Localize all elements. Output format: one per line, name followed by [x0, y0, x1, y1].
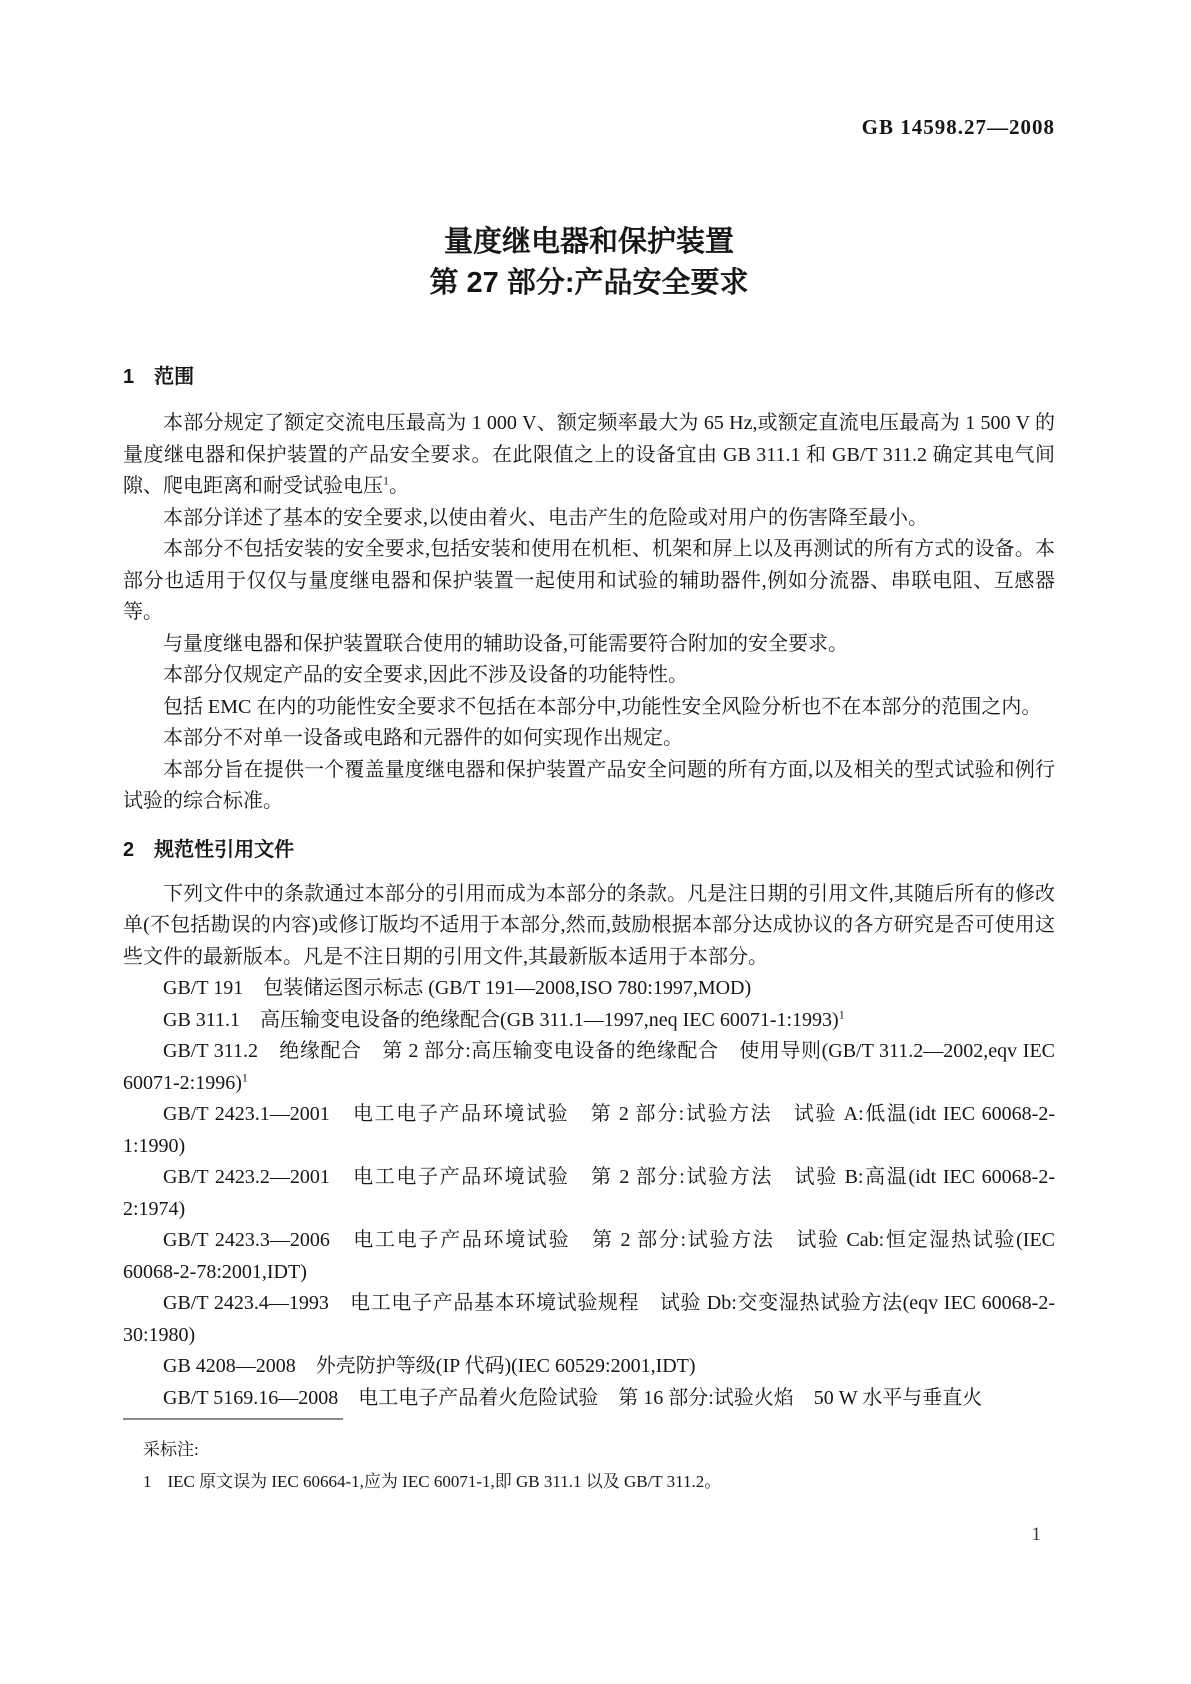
standard-number: GB 14598.27—2008	[123, 0, 1055, 140]
scope-paragraph-5: 本部分仅规定产品的安全要求,因此不涉及设备的功能特性。	[123, 660, 1055, 692]
reference-item-4: GB/T 2423.1—2001 电工电子产品环境试验 第 2 部分:试验方法 …	[123, 1099, 1055, 1162]
section-2-heading: 2 规范性引用文件	[123, 839, 1055, 861]
scope-paragraph-1-end: 。	[389, 475, 409, 497]
reference-item-4-text: GB/T 2423.1—2001 电工电子产品环境试验 第 2 部分:试验方法 …	[123, 1103, 1055, 1157]
reference-item-5-text: GB/T 2423.2—2001 电工电子产品环境试验 第 2 部分:试验方法 …	[123, 1166, 1055, 1220]
footnote-block: 采标注: 1IEC 原文误为 IEC 60664-1,应为 IEC 60071-…	[123, 1418, 1055, 1497]
footnote-label: 采标注:	[143, 1435, 1055, 1465]
reference-item-9: GB/T 5169.16—2008 电工电子产品着火危险试验 第 16 部分:试…	[123, 1383, 1055, 1415]
scope-paragraph-1-text: 本部分规定了额定交流电压最高为 1 000 V、额定频率最大为 65 Hz,或额…	[123, 412, 1055, 497]
reference-item-2-text: GB 311.1 高压输变电设备的绝缘配合(GB 311.1—1997,neq …	[163, 1009, 839, 1031]
reference-item-1-text: GB/T 191 包装储运图示标志 (GB/T 191—2008,ISO 780…	[163, 977, 751, 999]
footnote-item-1-text: IEC 原文误为 IEC 60664-1,应为 IEC 60071-1,即 GB…	[168, 1472, 722, 1491]
reference-item-8: GB 4208—2008 外壳防护等级(IP 代码)(IEC 60529:200…	[123, 1351, 1055, 1383]
reference-item-2: GB 311.1 高压输变电设备的绝缘配合(GB 311.1—1997,neq …	[123, 1005, 1055, 1037]
reference-item-3-sup: 1	[242, 1070, 248, 1084]
normative-intro: 下列文件中的条款通过本部分的引用而成为本部分的条款。凡是注日期的引用文件,其随后…	[123, 879, 1055, 974]
reference-item-7-text: GB/T 2423.4—1993 电工电子产品基本环境试验规程 试验 Db:交变…	[123, 1292, 1055, 1346]
document-title-line1: 量度继电器和保护装置	[123, 222, 1055, 263]
footnote-item-1: 1IEC 原文误为 IEC 60664-1,应为 IEC 60071-1,即 G…	[143, 1467, 1055, 1497]
scope-paragraph-2: 本部分详述了基本的安全要求,以使由着火、电击产生的危险或对用户的伤害降至最小。	[123, 503, 1055, 535]
scope-paragraph-1: 本部分规定了额定交流电压最高为 1 000 V、额定频率最大为 65 Hz,或额…	[123, 408, 1055, 503]
page-content: GB 14598.27—2008 量度继电器和保护装置 第 27 部分:产品安全…	[123, 0, 1055, 1497]
reference-item-8-text: GB 4208—2008 外壳防护等级(IP 代码)(IEC 60529:200…	[163, 1355, 696, 1377]
reference-item-9-text: GB/T 5169.16—2008 电工电子产品着火危险试验 第 16 部分:试…	[163, 1387, 982, 1409]
scope-paragraph-7: 本部分不对单一设备或电路和元器件的如何实现作出规定。	[123, 723, 1055, 755]
reference-item-6: GB/T 2423.3—2006 电工电子产品环境试验 第 2 部分:试验方法 …	[123, 1225, 1055, 1288]
reference-item-5: GB/T 2423.2—2001 电工电子产品环境试验 第 2 部分:试验方法 …	[123, 1162, 1055, 1225]
footnote-item-1-number: 1	[143, 1472, 152, 1491]
document-page: GB 14598.27—2008 量度继电器和保护装置 第 27 部分:产品安全…	[0, 0, 1191, 1684]
reference-item-3: GB/T 311.2 绝缘配合 第 2 部分:高压输变电设备的绝缘配合 使用导则…	[123, 1036, 1055, 1099]
reference-item-6-text: GB/T 2423.3—2006 电工电子产品环境试验 第 2 部分:试验方法 …	[123, 1229, 1055, 1283]
section-1-heading: 1 范围	[123, 366, 1055, 388]
footnote-separator	[123, 1418, 343, 1420]
scope-paragraph-3: 本部分不包括安装的安全要求,包括安装和使用在机柜、机架和屏上以及再测试的所有方式…	[123, 534, 1055, 629]
page-number: 1	[1032, 1524, 1042, 1546]
scope-paragraph-8: 本部分旨在提供一个覆盖量度继电器和保护装置产品安全问题的所有方面,以及相关的型式…	[123, 755, 1055, 818]
reference-item-1: GB/T 191 包装储运图示标志 (GB/T 191—2008,ISO 780…	[123, 973, 1055, 1005]
reference-item-7: GB/T 2423.4—1993 电工电子产品基本环境试验规程 试验 Db:交变…	[123, 1288, 1055, 1351]
document-title: 量度继电器和保护装置 第 27 部分:产品安全要求	[123, 222, 1055, 304]
document-title-line2: 第 27 部分:产品安全要求	[123, 263, 1055, 304]
reference-item-3-text: GB/T 311.2 绝缘配合 第 2 部分:高压输变电设备的绝缘配合 使用导则…	[123, 1040, 1055, 1094]
reference-item-2-sup: 1	[839, 1007, 845, 1021]
scope-paragraph-4: 与量度继电器和保护装置联合使用的辅助设备,可能需要符合附加的安全要求。	[123, 629, 1055, 661]
scope-paragraph-6: 包括 EMC 在内的功能性安全要求不包括在本部分中,功能性安全风险分析也不在本部…	[123, 692, 1055, 724]
